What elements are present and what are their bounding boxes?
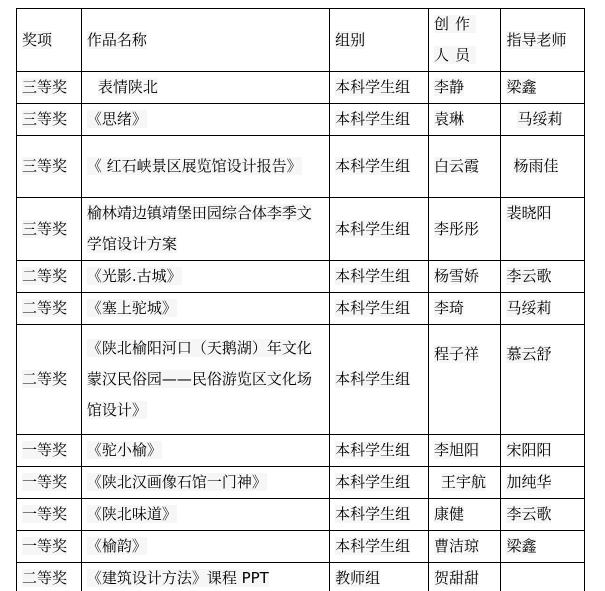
work-title-text: 《光影.古城》 [87,267,182,285]
cell-work-title: 《榆韵》 [81,531,329,563]
award-text: 一等奖 [22,505,67,523]
cell-creator: 李静 [428,72,501,104]
cell-creator: 李旭阳 [428,435,501,467]
advisor-text: 宋阳阳 [506,441,551,459]
header-creator: 创作人员 [428,9,501,72]
group-text: 本科学生组 [335,110,410,128]
award-text: 二等奖 [22,569,67,587]
advisor-text: 梁鑫 [506,78,536,96]
cell-group: 本科学生组 [330,325,429,435]
creator-text: 袁琳 [434,110,464,128]
cell-group: 本科学生组 [330,531,429,563]
cell-award: 三等奖 [17,72,82,104]
advisor-text: 慕云舒 [506,345,551,363]
work-title-text: 《陕北味道》 [87,505,177,523]
header-award: 奖项 [17,9,82,72]
cell-advisor: 宋阳阳 [501,435,585,467]
cell-creator: 李琦 [428,293,501,325]
cell-advisor: 马绥莉 [501,293,585,325]
cell-advisor: 杨雨佳 [501,136,585,198]
cell-award: 三等奖 [17,104,82,136]
cell-creator: 白云霞 [428,136,501,198]
table-row: 三等奖 表情陕北 本科学生组 李静 梁鑫 [17,72,585,104]
cell-work-title: 《 红石峡景区展览馆设计报告》 [81,136,329,198]
table-row: 二等奖 《建筑设计方法》课程 PPT 教师组 贺甜甜 [17,563,585,591]
creator-text: 康健 [434,505,464,523]
creator-text: 白云霞 [434,157,479,175]
header-creator-label: 创作人员 [434,15,476,64]
cell-creator: 曹洁琼 [428,531,501,563]
cell-work-title: 《驼小榆》 [81,435,329,467]
cell-group: 本科学生组 [330,261,429,293]
award-text: 二等奖 [22,267,67,285]
award-text: 二等奖 [22,370,67,388]
advisor-text: 李云歌 [506,267,551,285]
cell-award: 三等奖 [17,198,82,261]
table-row: 一等奖 《陕北汉画像石馆一门神》 本科学生组 王宇航 加纯华 [17,467,585,499]
cell-advisor: 加纯华 [501,467,585,499]
advisor-text: 梁鑫 [506,537,536,555]
cell-work-title: 表情陕北 [81,72,329,104]
cell-creator: 杨雪娇 [428,261,501,293]
award-text: 一等奖 [22,537,67,555]
group-text: 本科学生组 [335,157,410,175]
cell-award: 二等奖 [17,293,82,325]
cell-work-title: 《思绪》 [81,104,329,136]
cell-work-title: 《陕北汉画像石馆一门神》 [81,467,329,499]
table-row: 三等奖 《 红石峡景区展览馆设计报告》 本科学生组 白云霞 杨雨佳 [17,136,585,198]
work-title-text: 《 红石峡景区展览馆设计报告》 [87,157,302,175]
advisor-text: 裴晓阳 [506,204,551,222]
cell-group: 本科学生组 [330,136,429,198]
advisor-text: 马绥莉 [506,299,551,317]
cell-advisor: 马绥莉 [501,104,585,136]
cell-work-title: 《塞上驼城》 [81,293,329,325]
group-text: 教师组 [335,569,380,587]
advisor-text: 李云歌 [506,505,551,523]
award-text: 三等奖 [22,220,67,238]
cell-work-title: 《光影.古城》 [81,261,329,293]
header-group-label: 组别 [335,31,365,49]
award-text: 三等奖 [22,110,67,128]
cell-advisor: 裴晓阳 [501,198,585,261]
creator-text: 李琦 [434,299,464,317]
creator-text: 李彤彤 [434,220,479,238]
cell-group: 本科学生组 [330,198,429,261]
cell-award: 二等奖 [17,325,82,435]
group-text: 本科学生组 [335,441,410,459]
cell-work-title: 榆林靖边镇靖堡田园综合体李季文学馆设计方案 [81,198,329,261]
work-title-text: 《思绪》 [87,110,147,128]
cell-group: 本科学生组 [330,293,429,325]
award-text: 三等奖 [22,157,67,175]
award-text: 二等奖 [22,299,67,317]
award-text: 三等奖 [22,78,67,96]
group-text: 本科学生组 [335,473,410,491]
cell-advisor: 李云歌 [501,261,585,293]
cell-advisor [501,563,585,591]
cell-group: 教师组 [330,563,429,591]
cell-award: 一等奖 [17,467,82,499]
header-row: 奖项 作品名称 组别 创作人员 指导老师 [17,9,585,72]
creator-text: 王宇航 [441,473,486,491]
table-row: 二等奖 《陕北榆阳河口（天鹅湖）年文化蒙汉民俗园——民俗游览区文化场馆设计》 本… [17,325,585,435]
cell-award: 三等奖 [17,136,82,198]
cell-award: 二等奖 [17,563,82,591]
table-row: 一等奖 《驼小榆》 本科学生组 李旭阳 宋阳阳 [17,435,585,467]
header-work-title: 作品名称 [81,9,329,72]
cell-creator: 李彤彤 [428,198,501,261]
work-title-text: 《陕北榆阳河口（天鹅湖）年文化蒙汉民俗园——民俗游览区文化场馆设计》 [87,339,312,419]
creator-text: 贺甜甜 [434,569,479,587]
creator-text: 曹洁琼 [434,537,479,555]
creator-text: 李旭阳 [434,441,479,459]
cell-group: 本科学生组 [330,467,429,499]
group-text: 本科学生组 [335,505,410,523]
table-row: 三等奖 《思绪》 本科学生组 袁琳 马绥莉 [17,104,585,136]
cell-group: 本科学生组 [330,435,429,467]
cell-creator: 程子祥 [428,325,501,435]
creator-text: 程子祥 [434,345,479,363]
header-advisor-label: 指导老师 [506,31,566,49]
cell-work-title: 《陕北榆阳河口（天鹅湖）年文化蒙汉民俗园——民俗游览区文化场馆设计》 [81,325,329,435]
cell-advisor: 慕云舒 [501,325,585,435]
cell-group: 本科学生组 [330,104,429,136]
creator-text: 杨雪娇 [434,267,479,285]
work-title-text: 表情陕北 [98,78,158,96]
group-text: 本科学生组 [335,370,410,388]
header-work-title-label: 作品名称 [87,31,147,49]
cell-advisor: 李云歌 [501,499,585,531]
cell-advisor: 梁鑫 [501,72,585,104]
cell-advisor: 梁鑫 [501,531,585,563]
cell-work-title: 《建筑设计方法》课程 PPT [81,563,329,591]
cell-work-title: 《陕北味道》 [81,499,329,531]
award-text: 一等奖 [22,441,67,459]
cell-award: 一等奖 [17,531,82,563]
group-text: 本科学生组 [335,267,410,285]
cell-creator: 贺甜甜 [428,563,501,591]
work-title-text: 《榆韵》 [87,537,147,555]
work-title-text: 《塞上驼城》 [87,299,177,317]
table-row: 二等奖 《光影.古城》 本科学生组 杨雪娇 李云歌 [17,261,585,293]
table-row: 一等奖 《榆韵》 本科学生组 曹洁琼 梁鑫 [17,531,585,563]
group-text: 本科学生组 [335,220,410,238]
award-text: 一等奖 [22,473,67,491]
awards-table: 奖项 作品名称 组别 创作人员 指导老师 三等奖 表情陕北 本科学生组 李静 梁… [16,8,585,591]
advisor-text: 马绥莉 [517,110,562,128]
header-advisor: 指导老师 [501,9,585,72]
header-award-label: 奖项 [22,31,52,49]
group-text: 本科学生组 [335,78,410,96]
table-row: 三等奖 榆林靖边镇靖堡田园综合体李季文学馆设计方案 本科学生组 李彤彤 裴晓阳 [17,198,585,261]
group-text: 本科学生组 [335,537,410,555]
cell-group: 本科学生组 [330,72,429,104]
header-group: 组别 [330,9,429,72]
cell-creator: 袁琳 [428,104,501,136]
cell-group: 本科学生组 [330,499,429,531]
work-title-text: 《陕北汉画像石馆一门神》 [87,473,267,491]
work-title-text: 《建筑设计方法》课程 PPT [87,569,269,587]
creator-text: 李静 [434,78,464,96]
cell-creator: 王宇航 [428,467,501,499]
table-row: 二等奖 《塞上驼城》 本科学生组 李琦 马绥莉 [17,293,585,325]
cell-creator: 康健 [428,499,501,531]
advisor-text: 杨雨佳 [513,157,558,175]
table-row: 一等奖 《陕北味道》 本科学生组 康健 李云歌 [17,499,585,531]
work-title-text: 榆林靖边镇靖堡田园综合体李季文学馆设计方案 [87,204,312,253]
advisor-text: 加纯华 [506,473,551,491]
cell-award: 二等奖 [17,261,82,293]
cell-award: 一等奖 [17,499,82,531]
cell-award: 一等奖 [17,435,82,467]
group-text: 本科学生组 [335,299,410,317]
work-title-text: 《驼小榆》 [87,441,162,459]
